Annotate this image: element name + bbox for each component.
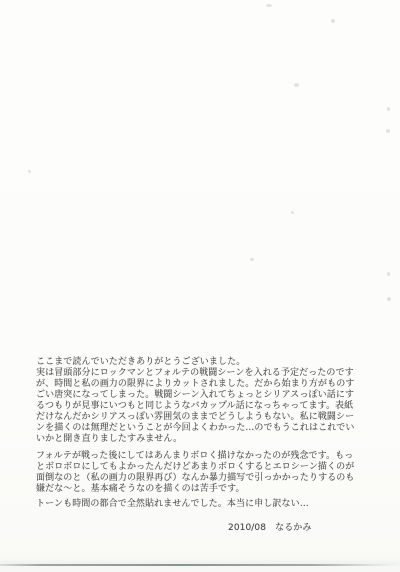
text-line: いかと開き直りましたすみません。 (36, 434, 370, 445)
afterword-paragraph-2: フォルテが戦った後にしてはあんまりボロく描けなかったのが残念です。もっ とボロボ… (36, 451, 370, 495)
text-line: 嫌だな〜と。基本痛そうなのを描くのは苦手です。 (36, 484, 370, 495)
text-line: フォルテが戦った後にしてはあんまりボロく描けなかったのが残念です。もっ (36, 451, 370, 462)
text-line: だけなんだかシリアスっぽい雰囲気のままでどうしようもない。私に戦闘シー (36, 412, 370, 423)
scan-speck (387, 107, 390, 111)
scanned-afterword-page: ここまで読んでいただきありがとうございました。 実は冒頭部分にロックマンとフォル… (0, 0, 400, 572)
scan-speck (331, 19, 335, 23)
scan-speck (250, 258, 254, 261)
text-line: ンを描くのは無理だということが今回よくわかった…のでもうこれはこれでい (36, 423, 370, 434)
text-line: トーンも時間の都合で全然貼れませんでした。本当に申し訳ない… (36, 499, 370, 510)
afterword-text-block: ここまで読んでいただきありがとうございました。 実は冒頭部分にロックマンとフォル… (36, 357, 370, 534)
text-line: ここまで読んでいただきありがとうございました。 (36, 357, 370, 368)
page-edge-line (0, 564, 400, 566)
scan-speck (294, 83, 299, 87)
scan-speck (291, 211, 294, 214)
scan-speck (387, 297, 391, 301)
afterword-paragraph-1: ここまで読んでいただきありがとうございました。 実は冒頭部分にロックマンとフォル… (36, 357, 370, 445)
scan-speck (387, 272, 390, 276)
signature-date: 2010/08 (228, 523, 266, 534)
signature: 2010/08 なるかみ (36, 523, 370, 534)
scan-speck (28, 170, 31, 173)
text-line: 実は冒頭部分にロックマンとフォルテの戦闘シーンを入れる予定だったのです (36, 368, 370, 379)
scan-speck (266, 4, 272, 7)
text-line: 面倒なのと（私の画力の限界再び）なんか暴力描写で引っかかったりするのも (36, 473, 370, 484)
text-line: とボロボロにしてもよかったんだけどあまりボロくするとエロシーン描くのが (36, 462, 370, 473)
scan-speck (386, 129, 390, 133)
scan-bottom-edge (0, 563, 400, 572)
text-line: るつもりが見事にいつもと同じようなバカップル話になっちゃってます。表紙 (36, 401, 370, 412)
text-line: ごい唐突になってしまった。戦闘シーン入れてちょっとシリアスっぽい話にす (36, 390, 370, 401)
signature-name: なるかみ (275, 523, 311, 534)
text-line: が、時間と私の画力の限界によりカットされました。だから始まり方がものす (36, 379, 370, 390)
afterword-paragraph-3: トーンも時間の都合で全然貼れませんでした。本当に申し訳ない… (36, 499, 370, 510)
